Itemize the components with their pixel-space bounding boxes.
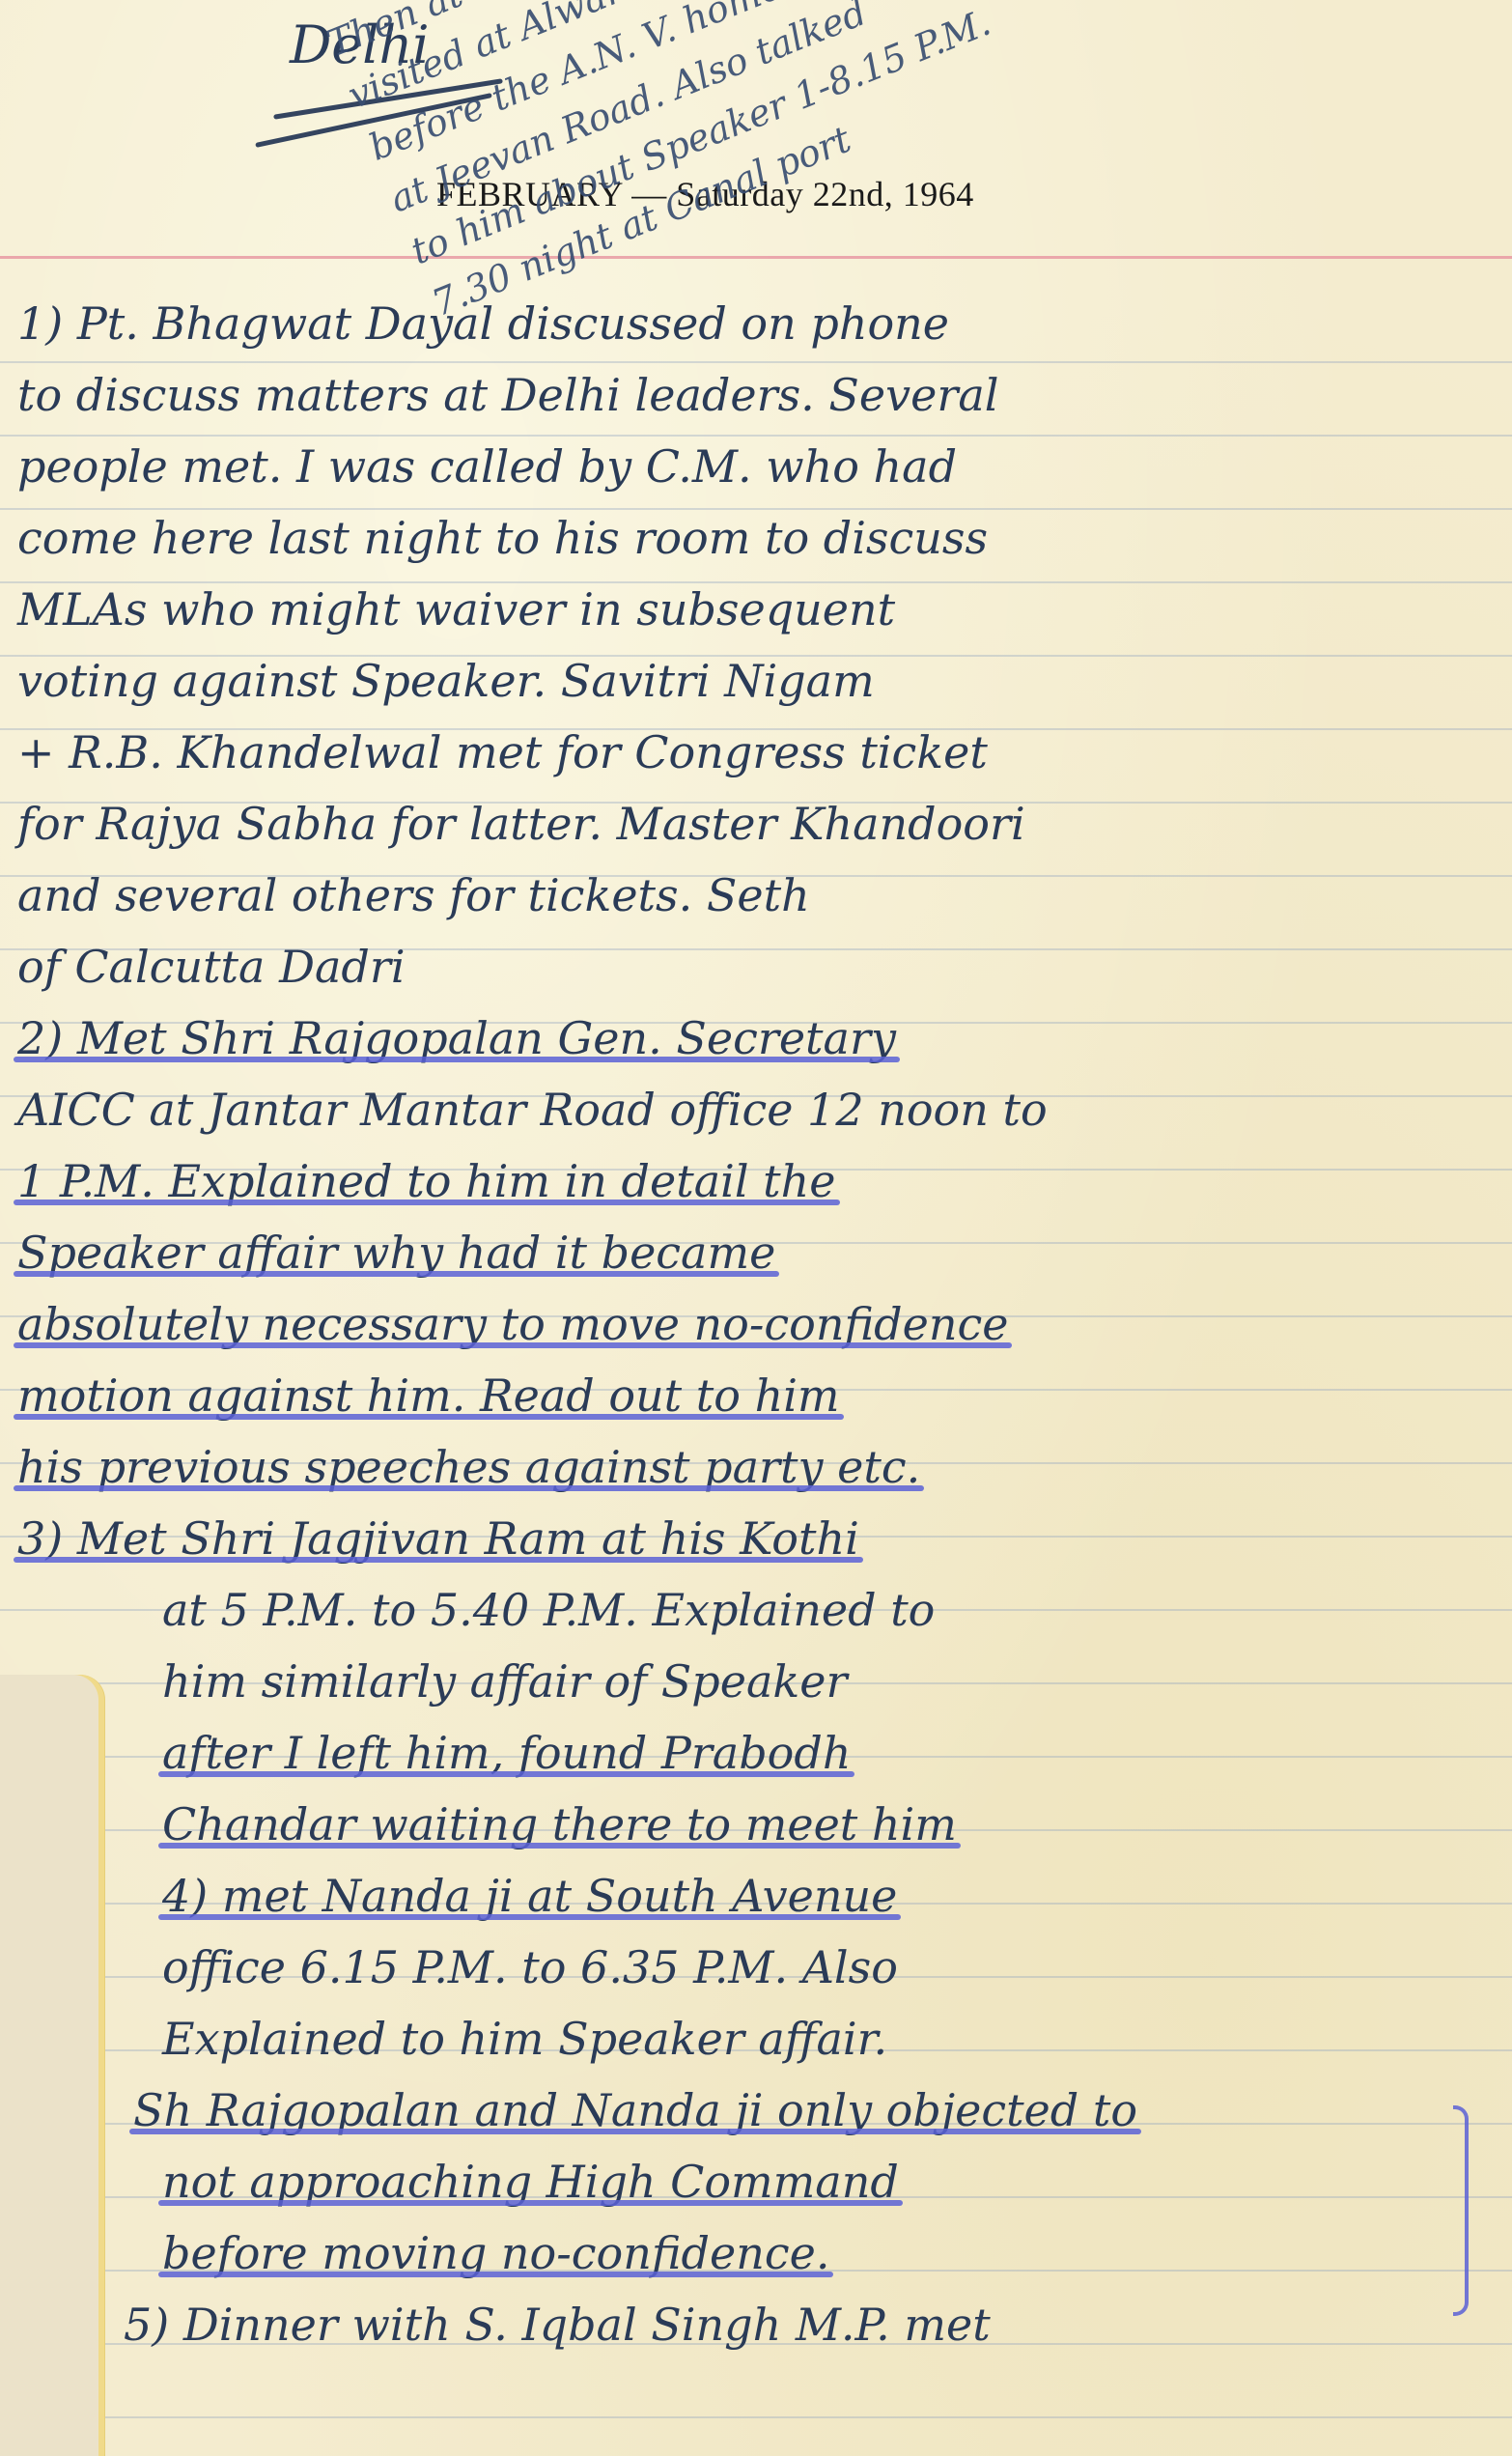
underlined-text: his previous speeches against party etc. xyxy=(17,1441,920,1493)
entry-4-line: Sh Rajgopalan and Nanda ji only objected… xyxy=(17,2075,1495,2146)
entry-2-line: Speaker affair why had it became xyxy=(17,1217,1495,1288)
entry-2-line: absolutely necessary to move no-confiden… xyxy=(17,1288,1495,1360)
underlined-text: Chandar waiting there to meet him xyxy=(162,1798,957,1850)
entry-2-line: 1 P.M. Explained to him in detail the xyxy=(17,1145,1495,1217)
entry-2-line: motion against him. Read out to him xyxy=(17,1360,1495,1431)
entry-4-line: 4) met Nanda ji at South Avenue xyxy=(17,1860,1495,1932)
underlined-text: 3) Met Shri Jagjivan Ram at his Kothi xyxy=(17,1512,859,1565)
entry-1-line: for Rajya Sabha for latter. Master Khand… xyxy=(17,788,1495,860)
entry-4-line: office 6.15 P.M. to 6.35 P.M. Also xyxy=(17,1932,1495,2003)
entry-1-line: people met. I was called by C.M. who had xyxy=(17,431,1495,502)
red-margin-rule xyxy=(0,256,1512,259)
page-tab-edge xyxy=(0,1675,98,2456)
entry-4-line: before moving no-confidence. xyxy=(17,2217,1495,2289)
underlined-text: 4) met Nanda ji at South Avenue xyxy=(162,1870,897,1922)
entry-3-line: 3) Met Shri Jagjivan Ram at his Kothi xyxy=(17,1503,1495,1574)
entry-1-line: + R.B. Khandelwal met for Congress ticke… xyxy=(17,717,1495,788)
entry-4-line: not approaching High Command xyxy=(17,2146,1495,2217)
entry-4-line: Explained to him Speaker affair. xyxy=(17,2003,1495,2075)
underlined-text: motion against him. Read out to him xyxy=(17,1369,840,1422)
entry-1-line: 1) Pt. Bhagwat Dayal discussed on phone xyxy=(17,288,1495,359)
underlined-text: before moving no-confidence. xyxy=(162,2227,829,2279)
entry-1-line: voting against Speaker. Savitri Nigam xyxy=(17,645,1495,717)
diagonal-margin-note: Then at Camp Boat met deputation visited… xyxy=(319,0,1512,331)
entry-3-line: Chandar waiting there to meet him xyxy=(17,1789,1495,1860)
diary-entries: 1) Pt. Bhagwat Dayal discussed on phone … xyxy=(17,288,1495,2360)
entry-1-line: of Calcutta Dadri xyxy=(17,931,1495,1002)
entry-3-line: him similarly affair of Speaker xyxy=(17,1646,1495,1717)
underlined-text: absolutely necessary to move no-confiden… xyxy=(17,1298,1008,1350)
underlined-text: 2) Met Shri Rajgopalan Gen. Secretary xyxy=(17,1012,896,1064)
entry-5-line: 5) Dinner with S. Iqbal Singh M.P. met xyxy=(17,2289,1495,2360)
entry-3-line: at 5 P.M. to 5.40 P.M. Explained to xyxy=(17,1574,1495,1646)
entry-2-line: 2) Met Shri Rajgopalan Gen. Secretary xyxy=(17,1002,1495,1074)
underlined-text: Speaker affair why had it became xyxy=(17,1227,775,1279)
underlined-text: 1 P.M. Explained to him in detail the xyxy=(17,1155,836,1207)
entry-3-line: after I left him, found Prabodh xyxy=(17,1717,1495,1789)
underlined-text: not approaching High Command xyxy=(162,2156,899,2208)
underlined-text: Sh Rajgopalan and Nanda ji only objected… xyxy=(133,2084,1137,2136)
margin-bracket xyxy=(1453,2105,1469,2316)
diary-page: Delhi FEBRUARY — Saturday 22nd, 1964 The… xyxy=(0,0,1512,2456)
entry-1-line: and several others for tickets. Seth xyxy=(17,860,1495,931)
entry-1-line: come here last night to his room to disc… xyxy=(17,502,1495,574)
entry-1-line: MLAs who might waiver in subsequent xyxy=(17,574,1495,645)
entry-2-line: his previous speeches against party etc. xyxy=(17,1431,1495,1503)
entry-1-line: to discuss matters at Delhi leaders. Sev… xyxy=(17,359,1495,431)
entry-2-line: AICC at Jantar Mantar Road office 12 noo… xyxy=(17,1074,1495,1145)
underlined-text: after I left him, found Prabodh xyxy=(162,1727,851,1779)
